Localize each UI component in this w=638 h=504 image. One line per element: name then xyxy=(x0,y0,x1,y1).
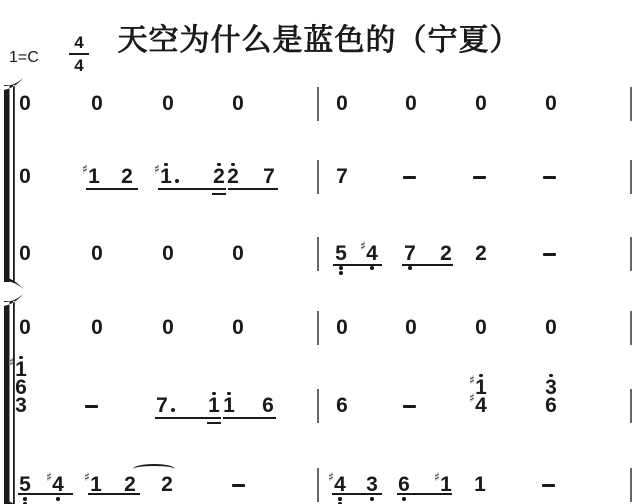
barline xyxy=(317,87,319,121)
note-digit: 2 xyxy=(115,166,139,188)
augmentation-dot xyxy=(175,179,179,183)
barline xyxy=(317,389,319,423)
beam-line xyxy=(223,417,276,419)
octave-dot-low xyxy=(370,497,374,501)
duration-dash xyxy=(403,405,416,408)
octave-dot-low xyxy=(339,271,343,275)
sharp-icon: ♯ xyxy=(151,162,163,176)
note-digit: 0 xyxy=(226,93,250,115)
note-digit: 2 xyxy=(221,166,245,188)
sharp-icon: ♯ xyxy=(357,239,369,253)
sharp-icon: ♯ xyxy=(81,470,93,484)
sharp-icon: ♯ xyxy=(79,162,91,176)
note-digit: 0 xyxy=(13,317,37,339)
octave-dot-low xyxy=(56,497,60,501)
octave-dot-high xyxy=(164,163,168,167)
note-digit: 0 xyxy=(399,93,423,115)
beam-line xyxy=(88,493,140,495)
beam-line xyxy=(332,493,382,495)
note-digit: 6 xyxy=(539,395,563,417)
beam-line xyxy=(158,188,226,190)
beam-line xyxy=(86,188,138,190)
beam-line xyxy=(397,493,452,495)
sharp-icon: ♯ xyxy=(6,355,18,369)
beam-line xyxy=(228,188,278,190)
beam-line xyxy=(18,493,73,495)
duration-dash xyxy=(403,176,416,179)
note-digit: 3 xyxy=(9,395,33,417)
beam-line xyxy=(402,264,453,266)
note-digit: 5 xyxy=(329,243,353,265)
sharp-icon: ♯ xyxy=(43,470,55,484)
note-digit: 1 xyxy=(217,395,241,417)
sharp-icon: ♯ xyxy=(466,391,478,405)
augmentation-dot xyxy=(171,408,175,412)
octave-dot-high xyxy=(549,374,553,378)
octave-dot-high xyxy=(19,356,23,360)
note-digit: 7 xyxy=(257,166,281,188)
note-digit: 0 xyxy=(399,317,423,339)
tie-arc xyxy=(133,464,175,474)
octave-dot-high xyxy=(227,392,231,396)
barline xyxy=(317,468,319,502)
duration-dash xyxy=(542,484,555,487)
beam-line xyxy=(207,422,221,424)
note-digit: 0 xyxy=(13,243,37,265)
barline xyxy=(317,160,319,194)
note-digit: 0 xyxy=(330,93,354,115)
sharp-icon: ♯ xyxy=(325,470,337,484)
sheet-page: 天空为什么是蓝色的（宁夏） 1=C 4 4 0000000001♯21♯2277… xyxy=(0,0,638,504)
duration-dash xyxy=(543,253,556,256)
note-digit: 0 xyxy=(330,317,354,339)
barline xyxy=(630,389,632,423)
beam-line xyxy=(155,417,221,419)
note-digit: 7 xyxy=(330,166,354,188)
note-digit: 0 xyxy=(539,317,563,339)
barline xyxy=(630,237,632,271)
note-digit: 0 xyxy=(85,317,109,339)
note-digit: 0 xyxy=(156,317,180,339)
note-digit: 0 xyxy=(156,243,180,265)
sharp-icon: ♯ xyxy=(466,373,478,387)
note-digit: 6 xyxy=(256,395,280,417)
note-digit: 2 xyxy=(434,243,458,265)
duration-dash xyxy=(543,176,556,179)
octave-dot-low xyxy=(402,497,406,501)
duration-dash xyxy=(85,405,98,408)
note-digit: 0 xyxy=(85,93,109,115)
sharp-icon: ♯ xyxy=(431,470,443,484)
octave-dot-low xyxy=(370,266,374,270)
note-digit: 0 xyxy=(226,243,250,265)
note-digit: 1 xyxy=(468,474,492,496)
octave-dot-low xyxy=(338,497,342,501)
octave-dot-high xyxy=(479,374,483,378)
note-digit: 0 xyxy=(226,317,250,339)
note-digit: 0 xyxy=(539,93,563,115)
note-digit: 0 xyxy=(469,93,493,115)
beam-line xyxy=(212,193,226,195)
note-digit: 0 xyxy=(13,93,37,115)
duration-dash xyxy=(232,484,245,487)
octave-dot-low xyxy=(23,497,27,501)
note-digit: 7 xyxy=(398,243,422,265)
octave-dot-high xyxy=(212,392,216,396)
barline xyxy=(630,468,632,502)
duration-dash xyxy=(473,176,486,179)
octave-dot-high xyxy=(231,163,235,167)
note-digit: 2 xyxy=(469,243,493,265)
note-digit: 6 xyxy=(330,395,354,417)
barline xyxy=(630,311,632,345)
note-digit: 2 xyxy=(155,474,179,496)
beam-line xyxy=(333,264,382,266)
barline xyxy=(317,237,319,271)
barline xyxy=(630,87,632,121)
note-digit: 0 xyxy=(469,317,493,339)
note-digit: 0 xyxy=(85,243,109,265)
barline xyxy=(630,160,632,194)
barline xyxy=(317,311,319,345)
score: 0000000001♯21♯2277000054♯722000000001♯63… xyxy=(0,0,638,504)
octave-dot-low xyxy=(408,266,412,270)
note-digit: 0 xyxy=(156,93,180,115)
note-digit: 7 xyxy=(150,395,174,417)
octave-dot-low xyxy=(339,266,343,270)
note-digit: 0 xyxy=(13,166,37,188)
